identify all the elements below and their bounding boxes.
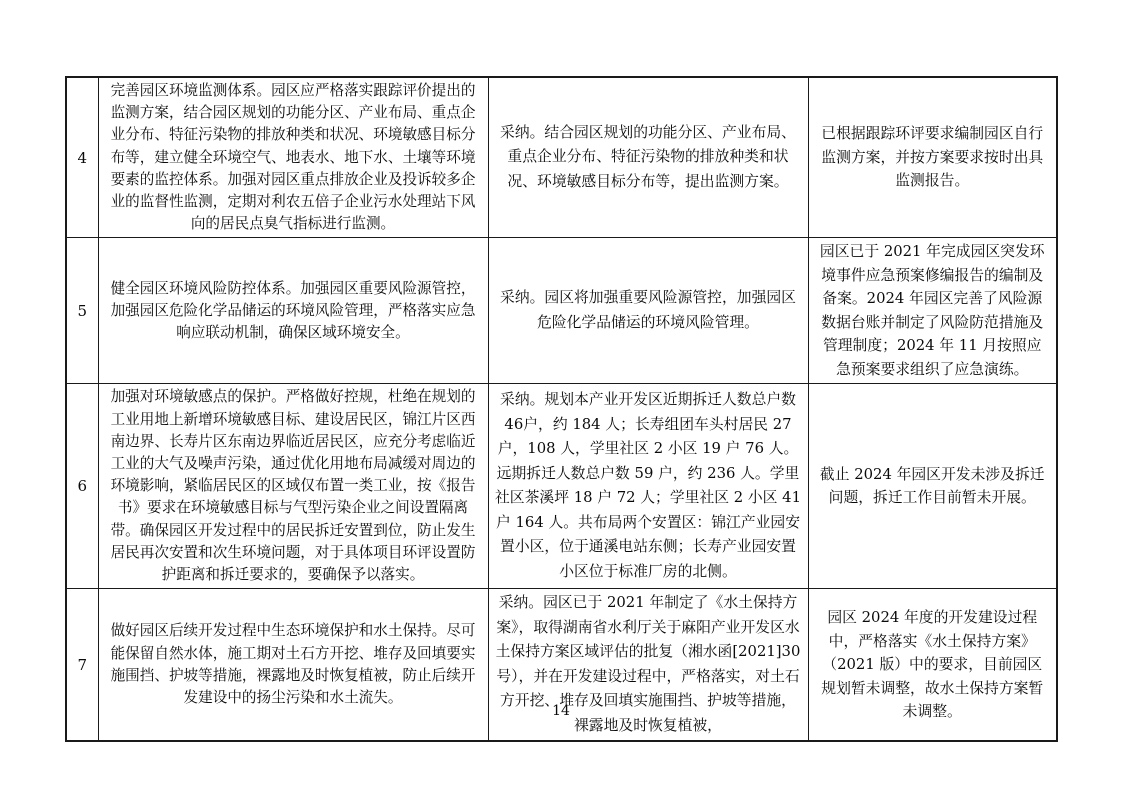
table-row: 5 健全园区环境风险防控体系。加强园区重要风险源管控，加强园区危险化学品储运的环… [66, 238, 1057, 384]
adoption-reply-cell: 采纳。园区将加强重要风险源管控，加强园区危险化学品储运的环境风险管理。 [488, 238, 808, 384]
page-number: 14 [0, 703, 1122, 719]
adoption-reply-cell: 采纳。规划本产业开发区近期拆迁人数总户数46户，约 184 人；长寿组团车头村居… [488, 384, 808, 589]
adoption-reply-cell: 采纳。结合园区规划的功能分区、产业布局、重点企业分布、特征污染物的排放种类和状况… [488, 77, 808, 238]
row-number-cell: 5 [66, 238, 98, 384]
row-number-cell: 6 [66, 384, 98, 589]
implementation-status-cell: 园区已于 2021 年完成园区突发环境事件应急预案修编报告的编制及备案。2024… [808, 238, 1057, 384]
table-row: 6 加强对环境敏感点的保护。严格做好控规，杜绝在规划的工业用地上新增环境敏感目标… [66, 384, 1057, 589]
row-number-cell: 4 [66, 77, 98, 238]
document-page: 4 完善园区环境监测体系。园区应严格落实跟踪评价提出的监测方案，结合园区规划的功… [0, 0, 1122, 793]
implementation-status-cell: 已根据跟踪环评要求编制园区自行监测方案，并按方案要求按时出具监测报告。 [808, 77, 1057, 238]
followup-requirements-table: 4 完善园区环境监测体系。园区应严格落实跟踪评价提出的监测方案，结合园区规划的功… [65, 76, 1058, 742]
implementation-status-cell: 截止 2024 年园区开发未涉及拆迁问题，拆迁工作目前暂未开展。 [808, 384, 1057, 589]
requirement-cell: 健全园区环境风险防控体系。加强园区重要风险源管控，加强园区危险化学品储运的环境风… [98, 238, 488, 384]
requirement-cell: 完善园区环境监测体系。园区应严格落实跟踪评价提出的监测方案，结合园区规划的功能分… [98, 77, 488, 238]
requirement-cell: 加强对环境敏感点的保护。严格做好控规，杜绝在规划的工业用地上新增环境敏感目标、建… [98, 384, 488, 589]
table-row: 4 完善园区环境监测体系。园区应严格落实跟踪评价提出的监测方案，结合园区规划的功… [66, 77, 1057, 238]
